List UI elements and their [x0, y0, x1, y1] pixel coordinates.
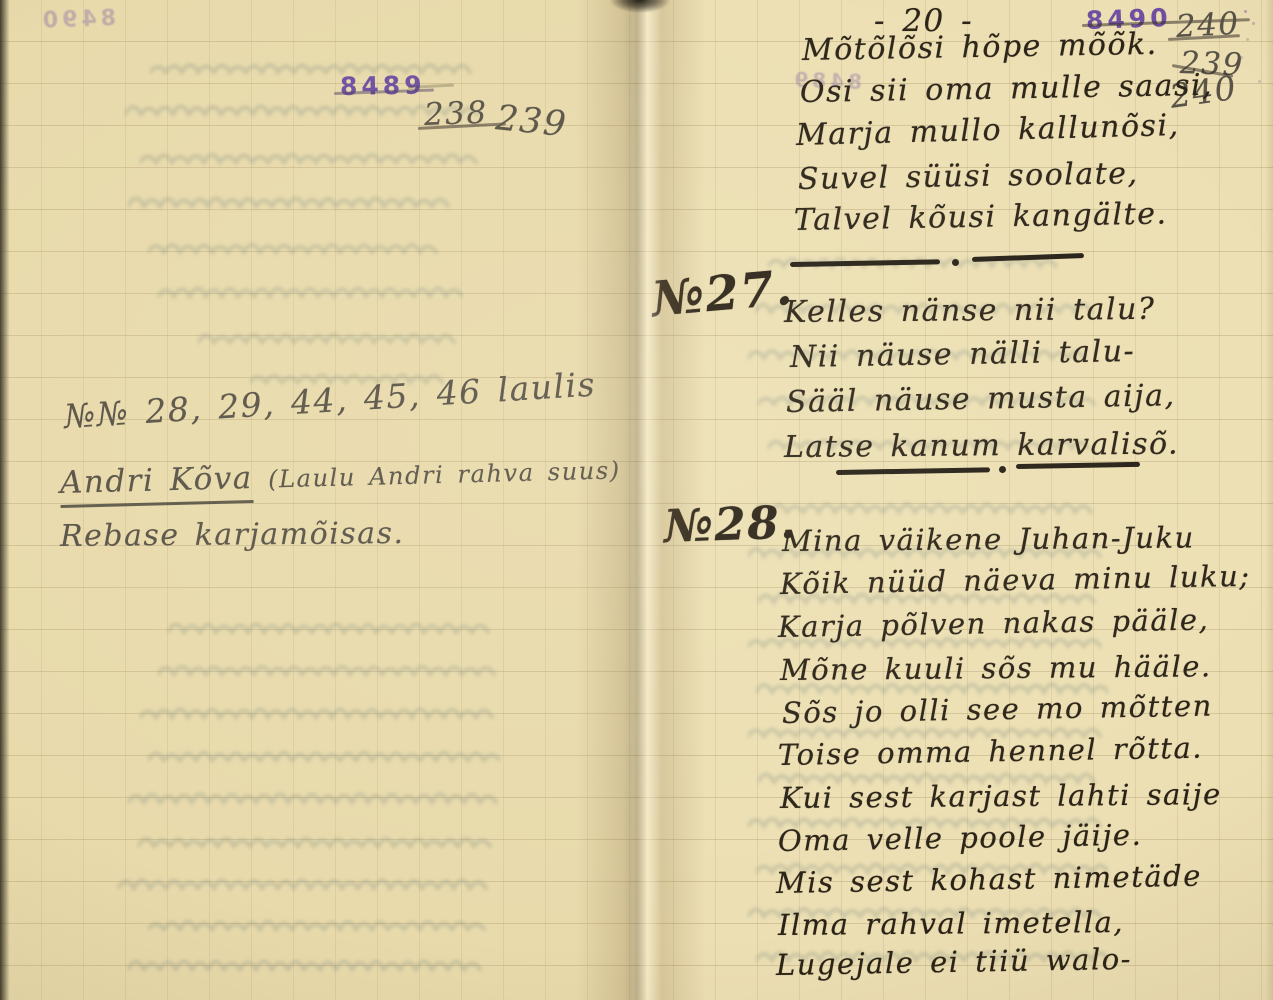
- verse-line: Toise omma hennel rõtta.: [778, 734, 1203, 770]
- verse-line: Nii näuse nälli talu-: [790, 337, 1136, 373]
- verse-line: Kui sest karjast lahti saije: [780, 780, 1222, 813]
- page-number-new: 239: [494, 101, 569, 143]
- singer-name-underlined: Andri Kõva: [60, 460, 254, 508]
- verse-line: Mina väikene Juhan-Juku: [782, 523, 1195, 556]
- verse-line: Oma velle poole jäije.: [778, 821, 1143, 856]
- verse-line: Sõs jo olli see mo mõtten: [782, 691, 1213, 728]
- verse-line: Kelles nänse nii talu?: [784, 295, 1156, 328]
- verse-line: Latse kanum karvalisõ.: [784, 430, 1179, 463]
- section-27-label: №27.: [650, 264, 795, 324]
- separator-dot: [952, 259, 959, 266]
- verse-line: Ilma rahval imetella,: [778, 908, 1124, 940]
- verse-line: Suvel süüsi soolate,: [798, 159, 1139, 195]
- verse-line: Mõne kuuli sõs mu hääle.: [780, 652, 1212, 685]
- verse-line: Mis sest kohast nimetäde: [776, 862, 1202, 898]
- inscription-place: Rebase karjamõisas.: [60, 519, 405, 552]
- verse-line: Mõtõlõsi hõpe mõõk.: [802, 30, 1158, 66]
- verse-line: Sääl näuse musta aija,: [786, 381, 1176, 418]
- verse-line: Karja põlven nakas pääle,: [778, 605, 1210, 642]
- verse-line: Talvel kõusi kangälte.: [794, 199, 1168, 236]
- section-28-label: №28.: [663, 499, 798, 549]
- verse-line: Lugejale ei tiiü walo-: [776, 945, 1132, 980]
- separator-dot: [999, 466, 1006, 473]
- ink-speckles: [1244, 10, 1247, 13]
- verse-line: Osi sii oma mulle saasi,: [800, 71, 1214, 108]
- verse-line: Kõik nüüd näeva minu luku;: [780, 562, 1251, 599]
- manuscript-spread: 8490 8489 238 239 №№ 28, 29, 44, 45, 46 …: [0, 0, 1273, 1000]
- offset-stamp-mirrored: 8490: [38, 8, 116, 33]
